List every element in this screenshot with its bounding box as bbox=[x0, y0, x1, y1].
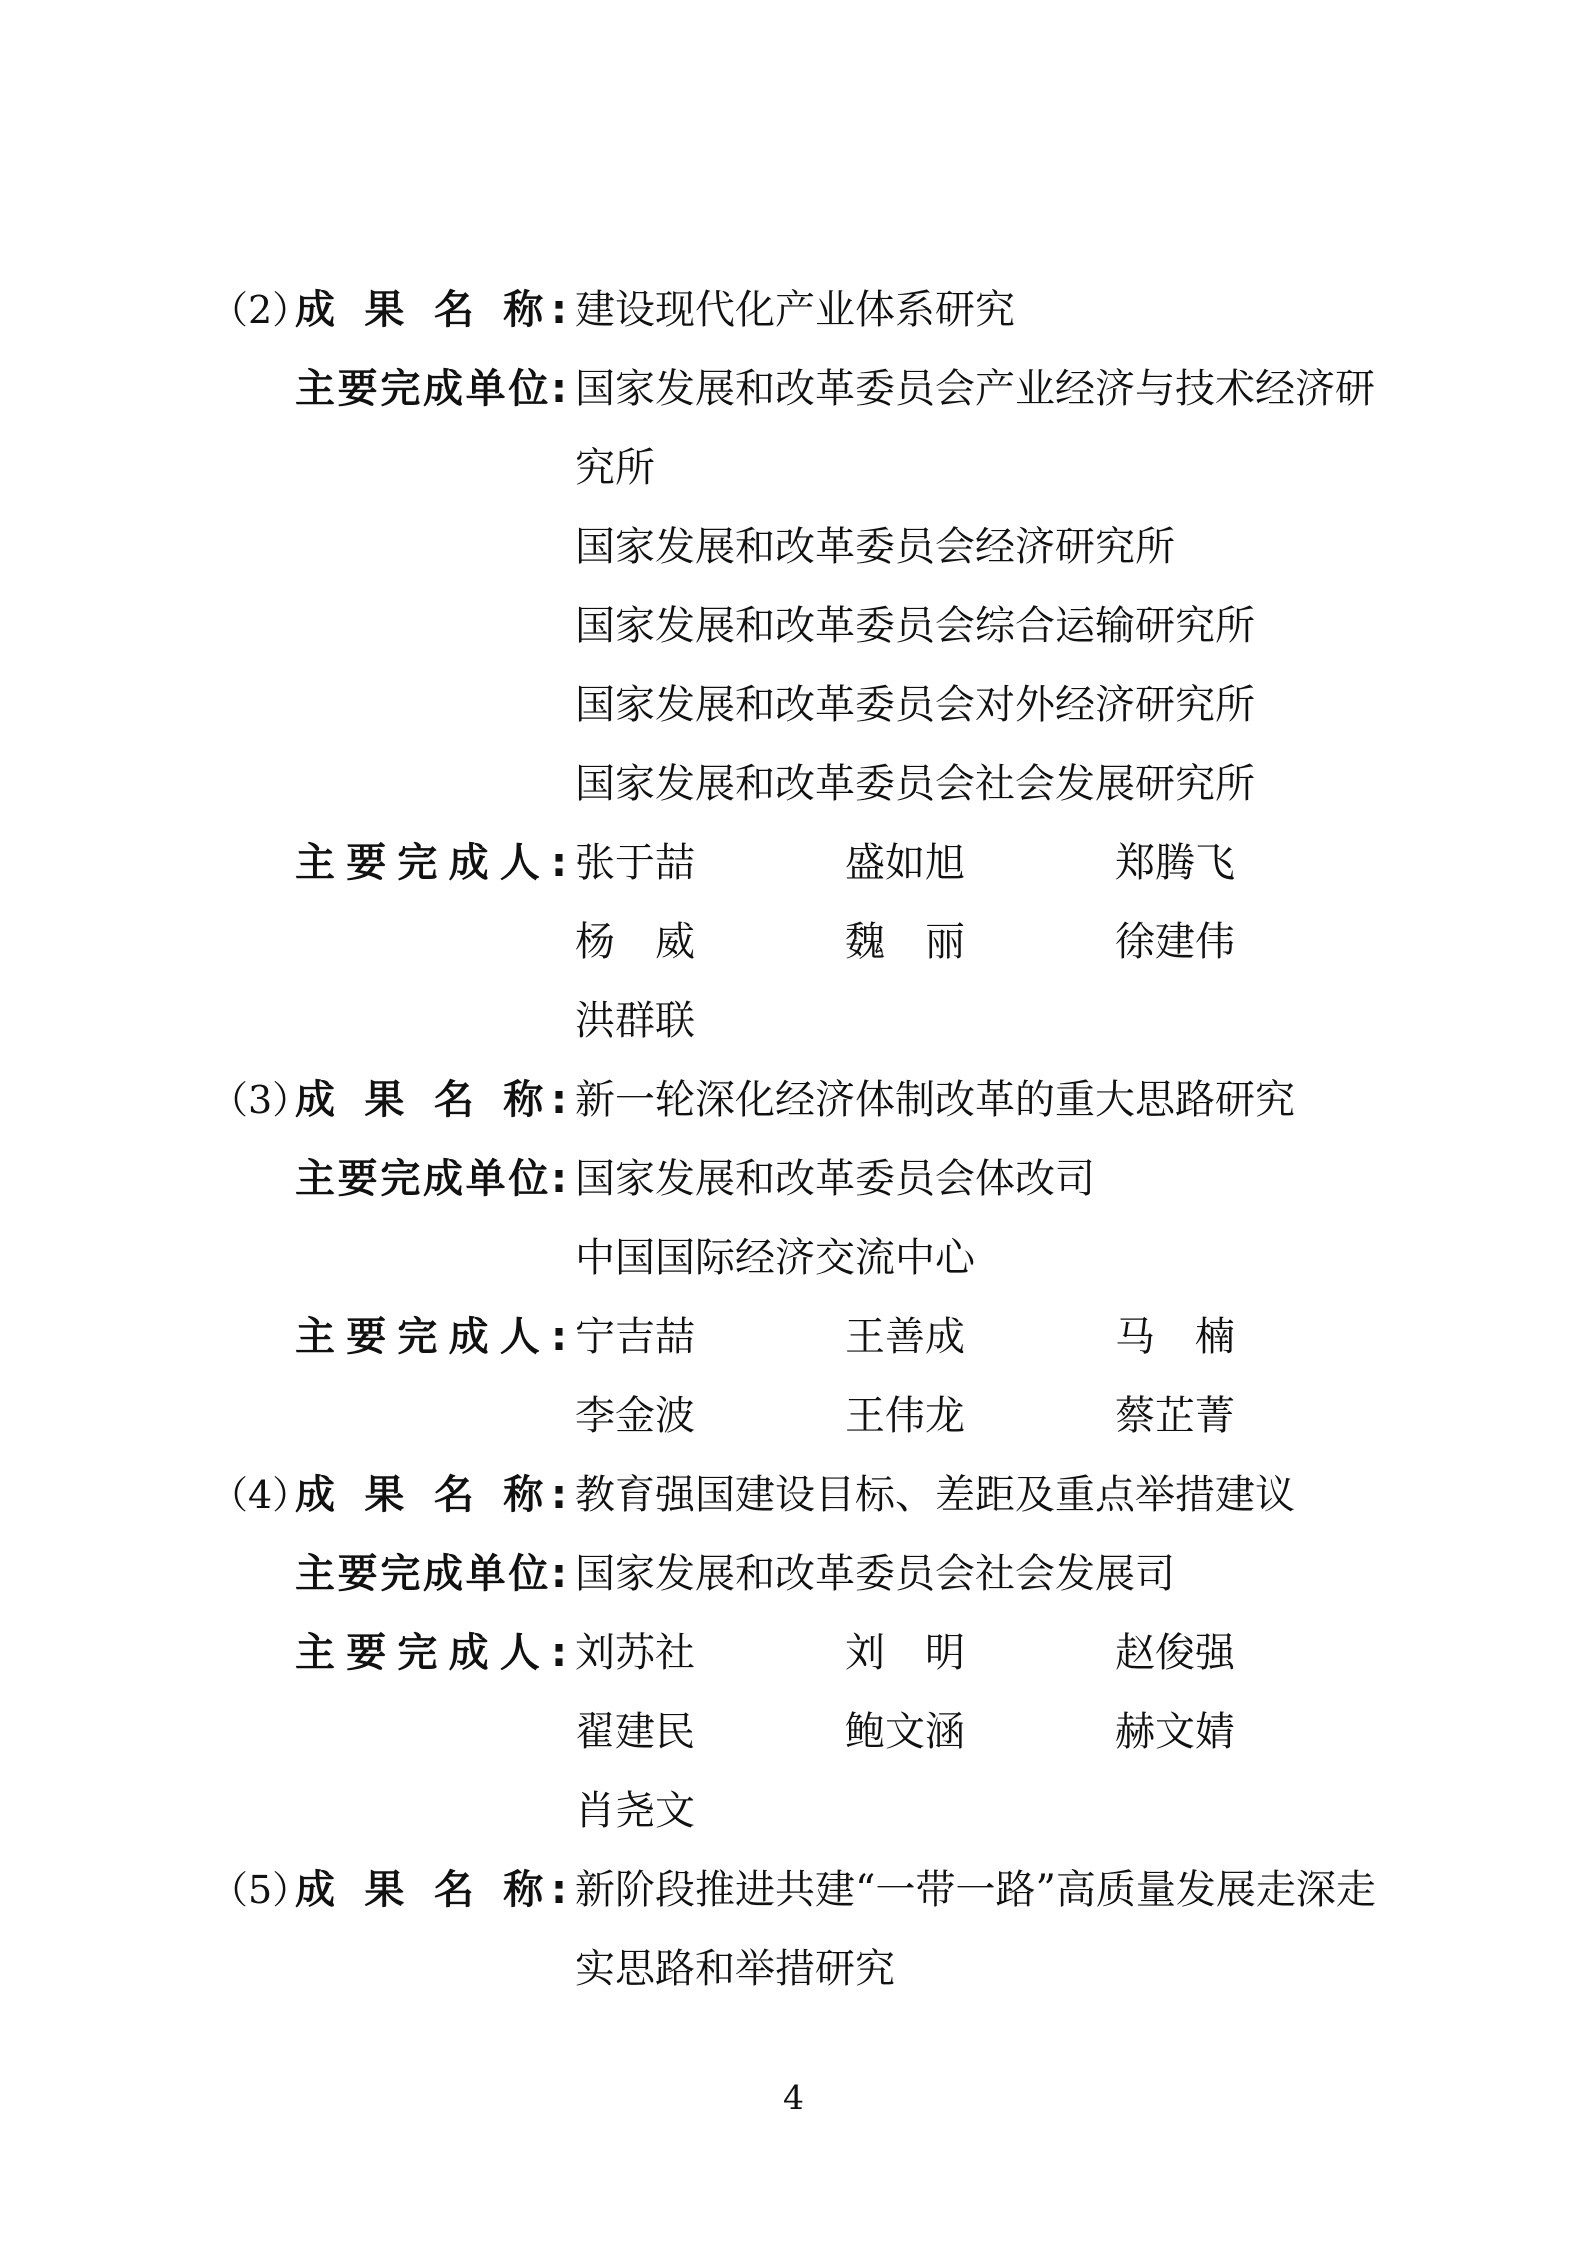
unit-name: 中国国际经济交流中心 bbox=[575, 1238, 1447, 1278]
person-name: 徐建伟 bbox=[1115, 922, 1385, 962]
people-names: 李金波 王伟龙 蔡芷菁 bbox=[575, 1396, 1447, 1436]
people-row: 洪群联 bbox=[210, 981, 1447, 1060]
unit-name: 究所 bbox=[575, 448, 1447, 488]
people-row: 肖尧文 bbox=[210, 1771, 1447, 1850]
person-name: 王伟龙 bbox=[845, 1396, 1115, 1436]
unit-row: 国家发展和改革委员会经济研究所 bbox=[210, 507, 1447, 586]
result-name-label: 成 果 名 称: bbox=[295, 1080, 567, 1120]
people-row: 翟建民 鲍文涵 赫文婧 bbox=[210, 1692, 1447, 1771]
unit-name: 国家发展和改革委员会社会发展研究所 bbox=[575, 764, 1447, 804]
section-index: （2） bbox=[210, 291, 295, 329]
people-row: 李金波 王伟龙 蔡芷菁 bbox=[210, 1376, 1447, 1455]
unit-name: 国家发展和改革委员会综合运输研究所 bbox=[575, 606, 1447, 646]
main-units-label: 主要完成单位: bbox=[295, 369, 567, 409]
result-name-label: 成 果 名 称: bbox=[295, 290, 567, 330]
result-name-label: 成 果 名 称: bbox=[295, 1870, 567, 1910]
person-name: 王善成 bbox=[845, 1317, 1115, 1357]
unit-name: 国家发展和改革委员会体改司 bbox=[575, 1159, 1447, 1199]
section-index: （5） bbox=[210, 1871, 295, 1909]
unit-row: 中国国际经济交流中心 bbox=[210, 1218, 1447, 1297]
unit-name: 国家发展和改革委员会社会发展司 bbox=[575, 1554, 1447, 1594]
people-names: 杨 威 魏 丽 徐建伟 bbox=[575, 922, 1447, 962]
document-page: （2） 成 果 名 称: 建设现代化产业体系研究 主要完成单位: 国家发展和改革… bbox=[0, 0, 1587, 2245]
person-name: 马 楠 bbox=[1115, 1317, 1385, 1357]
main-units-label: 主要完成单位: bbox=[295, 1159, 567, 1199]
unit-row: 究所 bbox=[210, 428, 1447, 507]
people-row: 杨 威 魏 丽 徐建伟 bbox=[210, 902, 1447, 981]
document-body: （2） 成 果 名 称: 建设现代化产业体系研究 主要完成单位: 国家发展和改革… bbox=[210, 270, 1447, 2008]
person-name: 郑腾飞 bbox=[1115, 843, 1385, 883]
people-names: 洪群联 bbox=[575, 1001, 1447, 1041]
section-index: （4） bbox=[210, 1476, 295, 1514]
unit-row: 国家发展和改革委员会综合运输研究所 bbox=[210, 586, 1447, 665]
page-number: 4 bbox=[0, 2078, 1587, 2117]
person-name: 鲍文涵 bbox=[845, 1712, 1115, 1752]
person-name: 张于喆 bbox=[575, 843, 845, 883]
person-name: 李金波 bbox=[575, 1396, 845, 1436]
main-units-label: 主要完成单位: bbox=[295, 1554, 567, 1594]
person-name: 赫文婧 bbox=[1115, 1712, 1385, 1752]
result-title-row: （3） 成 果 名 称: 新一轮深化经济体制改革的重大思路研究 bbox=[210, 1060, 1447, 1139]
result-name-label: 成 果 名 称: bbox=[295, 1475, 567, 1515]
result-title-row: （2） 成 果 名 称: 建设现代化产业体系研究 bbox=[210, 270, 1447, 349]
result-title-continuation-row: 实思路和举措研究 bbox=[210, 1929, 1447, 2008]
main-people-label: 主要完成人: bbox=[295, 1633, 567, 1673]
result-title-continuation: 实思路和举措研究 bbox=[575, 1949, 1447, 1989]
person-name: 魏 丽 bbox=[845, 922, 1115, 962]
main-people-label: 主要完成人: bbox=[295, 843, 567, 883]
person-name: 杨 威 bbox=[575, 922, 845, 962]
people-names: 张于喆 盛如旭 郑腾飞 bbox=[575, 843, 1447, 883]
section-index: （3） bbox=[210, 1081, 295, 1119]
unit-row: 主要完成单位: 国家发展和改革委员会体改司 bbox=[210, 1139, 1447, 1218]
unit-name: 国家发展和改革委员会对外经济研究所 bbox=[575, 685, 1447, 725]
result-title: 建设现代化产业体系研究 bbox=[575, 290, 1447, 330]
result-title: 教育强国建设目标、差距及重点举措建议 bbox=[575, 1475, 1447, 1515]
unit-row: 国家发展和改革委员会社会发展研究所 bbox=[210, 744, 1447, 823]
unit-row: 主要完成单位: 国家发展和改革委员会社会发展司 bbox=[210, 1534, 1447, 1613]
person-name: 刘苏社 bbox=[575, 1633, 845, 1673]
unit-name: 国家发展和改革委员会经济研究所 bbox=[575, 527, 1447, 567]
unit-row: 国家发展和改革委员会对外经济研究所 bbox=[210, 665, 1447, 744]
person-name: 赵俊强 bbox=[1115, 1633, 1385, 1673]
unit-name: 国家发展和改革委员会产业经济与技术经济研 bbox=[575, 369, 1447, 409]
people-row: 主要完成人: 宁吉喆 王善成 马 楠 bbox=[210, 1297, 1447, 1376]
person-name: 盛如旭 bbox=[845, 843, 1115, 883]
people-names: 肖尧文 bbox=[575, 1791, 1447, 1831]
result-title: 新一轮深化经济体制改革的重大思路研究 bbox=[575, 1080, 1447, 1120]
result-title: 新阶段推进共建“一带一路”高质量发展走深走 bbox=[575, 1870, 1447, 1910]
person-name: 洪群联 bbox=[575, 1001, 845, 1041]
people-row: 主要完成人: 刘苏社 刘 明 赵俊强 bbox=[210, 1613, 1447, 1692]
result-title-row: （4） 成 果 名 称: 教育强国建设目标、差距及重点举措建议 bbox=[210, 1455, 1447, 1534]
people-names: 翟建民 鲍文涵 赫文婧 bbox=[575, 1712, 1447, 1752]
result-title-row: （5） 成 果 名 称: 新阶段推进共建“一带一路”高质量发展走深走 bbox=[210, 1850, 1447, 1929]
main-people-label: 主要完成人: bbox=[295, 1317, 567, 1357]
people-names: 宁吉喆 王善成 马 楠 bbox=[575, 1317, 1447, 1357]
unit-row: 主要完成单位: 国家发展和改革委员会产业经济与技术经济研 bbox=[210, 349, 1447, 428]
person-name: 宁吉喆 bbox=[575, 1317, 845, 1357]
person-name: 蔡芷菁 bbox=[1115, 1396, 1385, 1436]
person-name: 翟建民 bbox=[575, 1712, 845, 1752]
people-names: 刘苏社 刘 明 赵俊强 bbox=[575, 1633, 1447, 1673]
people-row: 主要完成人: 张于喆 盛如旭 郑腾飞 bbox=[210, 823, 1447, 902]
person-name: 肖尧文 bbox=[575, 1791, 845, 1831]
person-name: 刘 明 bbox=[845, 1633, 1115, 1673]
